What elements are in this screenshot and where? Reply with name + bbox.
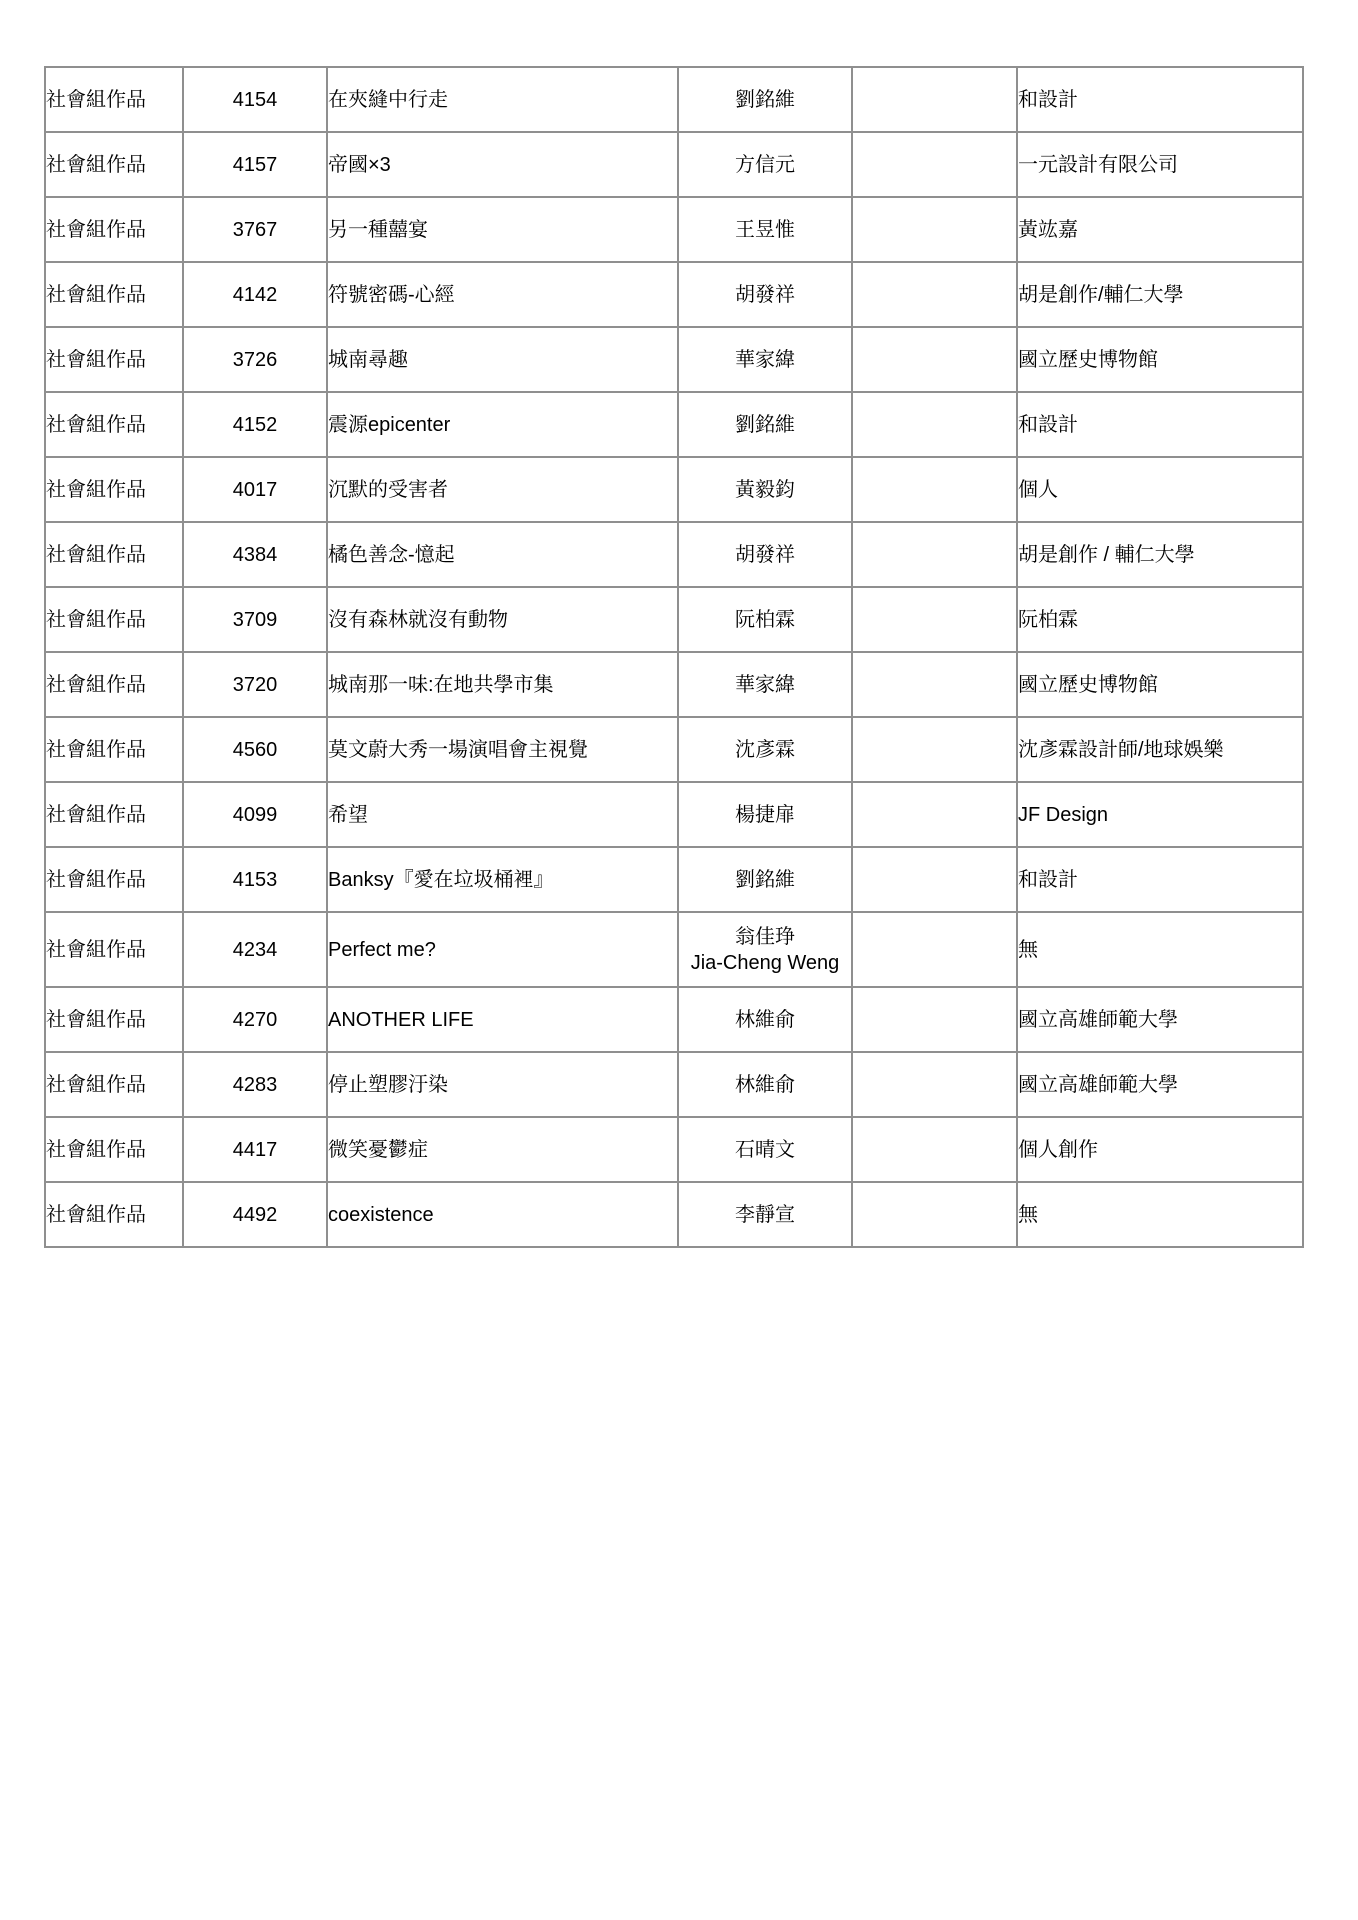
entry-id-cell: 4099 — [183, 782, 327, 847]
works-table-body: 社會組作品4154在夾縫中行走劉銘維和設計社會組作品4157帝國×3方信元一元設… — [45, 67, 1303, 1247]
title-cell: 微笑憂鬱症 — [327, 1117, 678, 1182]
entry-id-cell: 4234 — [183, 912, 327, 987]
empty-note-cell — [852, 197, 1017, 262]
organization-cell: 無 — [1017, 912, 1303, 987]
table-row: 社會組作品4234Perfect me?翁佳琤Jia-Cheng Weng無 — [45, 912, 1303, 987]
table-row: 社會組作品3726城南尋趣華家緯國立歷史博物館 — [45, 327, 1303, 392]
author-cell: 翁佳琤Jia-Cheng Weng — [678, 912, 852, 987]
organization-cell: 沈彥霖設計師/地球娛樂 — [1017, 717, 1303, 782]
empty-note-cell — [852, 392, 1017, 457]
table-row: 社會組作品3720城南那一味:在地共學市集華家緯國立歷史博物館 — [45, 652, 1303, 717]
category-cell: 社會組作品 — [45, 987, 183, 1052]
title-cell: coexistence — [327, 1182, 678, 1247]
author-cell: 華家緯 — [678, 652, 852, 717]
entry-id-cell: 4492 — [183, 1182, 327, 1247]
organization-cell: 黃竑嘉 — [1017, 197, 1303, 262]
table-row: 社會組作品4099希望楊捷扉JF Design — [45, 782, 1303, 847]
entry-id-cell: 4283 — [183, 1052, 327, 1117]
entry-id-cell: 3767 — [183, 197, 327, 262]
entry-id-cell: 4153 — [183, 847, 327, 912]
document-page: 社會組作品4154在夾縫中行走劉銘維和設計社會組作品4157帝國×3方信元一元設… — [0, 0, 1358, 1920]
table-row: 社會組作品4270ANOTHER LIFE林維俞國立高雄師範大學 — [45, 987, 1303, 1052]
author-cell: 林維俞 — [678, 987, 852, 1052]
category-cell: 社會組作品 — [45, 132, 183, 197]
entry-id-cell: 3720 — [183, 652, 327, 717]
author-cell: 方信元 — [678, 132, 852, 197]
table-row: 社會組作品4283停止塑膠汙染林維俞國立高雄師範大學 — [45, 1052, 1303, 1117]
title-cell: 橘色善念-憶起 — [327, 522, 678, 587]
category-cell: 社會組作品 — [45, 717, 183, 782]
category-cell: 社會組作品 — [45, 1182, 183, 1247]
empty-note-cell — [852, 912, 1017, 987]
empty-note-cell — [852, 457, 1017, 522]
title-cell: 城南尋趣 — [327, 327, 678, 392]
entry-id-cell: 4142 — [183, 262, 327, 327]
entry-id-cell: 4384 — [183, 522, 327, 587]
empty-note-cell — [852, 327, 1017, 392]
organization-cell: 國立高雄師範大學 — [1017, 1052, 1303, 1117]
title-cell: 希望 — [327, 782, 678, 847]
title-cell: 在夾縫中行走 — [327, 67, 678, 132]
title-cell: 帝國×3 — [327, 132, 678, 197]
category-cell: 社會組作品 — [45, 522, 183, 587]
author-cell: 胡發祥 — [678, 262, 852, 327]
entry-id-cell: 4017 — [183, 457, 327, 522]
category-cell: 社會組作品 — [45, 392, 183, 457]
entry-id-cell: 4417 — [183, 1117, 327, 1182]
table-row: 社會組作品4492coexistence李靜宣無 — [45, 1182, 1303, 1247]
entry-id-cell: 4560 — [183, 717, 327, 782]
title-cell: 震源epicenter — [327, 392, 678, 457]
empty-note-cell — [852, 132, 1017, 197]
entry-id-cell: 4152 — [183, 392, 327, 457]
table-row: 社會組作品4560莫文蔚大秀一場演唱會主視覺沈彥霖沈彥霖設計師/地球娛樂 — [45, 717, 1303, 782]
organization-cell: 胡是創作 / 輔仁大學 — [1017, 522, 1303, 587]
table-row: 社會組作品4417微笑憂鬱症石晴文個人創作 — [45, 1117, 1303, 1182]
organization-cell: 和設計 — [1017, 847, 1303, 912]
title-cell: ANOTHER LIFE — [327, 987, 678, 1052]
category-cell: 社會組作品 — [45, 587, 183, 652]
empty-note-cell — [852, 1182, 1017, 1247]
title-cell: 城南那一味:在地共學市集 — [327, 652, 678, 717]
author-cell: 劉銘維 — [678, 847, 852, 912]
organization-cell: JF Design — [1017, 782, 1303, 847]
empty-note-cell — [852, 987, 1017, 1052]
table-row: 社會組作品4154在夾縫中行走劉銘維和設計 — [45, 67, 1303, 132]
empty-note-cell — [852, 67, 1017, 132]
title-cell: 符號密碼-心經 — [327, 262, 678, 327]
table-row: 社會組作品4152震源epicenter劉銘維和設計 — [45, 392, 1303, 457]
author-cell: 黃毅鈞 — [678, 457, 852, 522]
category-cell: 社會組作品 — [45, 67, 183, 132]
title-cell: 另一種囍宴 — [327, 197, 678, 262]
organization-cell: 國立歷史博物館 — [1017, 327, 1303, 392]
works-table: 社會組作品4154在夾縫中行走劉銘維和設計社會組作品4157帝國×3方信元一元設… — [44, 66, 1304, 1248]
empty-note-cell — [852, 782, 1017, 847]
organization-cell: 國立高雄師範大學 — [1017, 987, 1303, 1052]
empty-note-cell — [852, 1117, 1017, 1182]
category-cell: 社會組作品 — [45, 652, 183, 717]
empty-note-cell — [852, 652, 1017, 717]
empty-note-cell — [852, 847, 1017, 912]
table-row: 社會組作品4157帝國×3方信元一元設計有限公司 — [45, 132, 1303, 197]
table-row: 社會組作品4142符號密碼-心經胡發祥胡是創作/輔仁大學 — [45, 262, 1303, 327]
category-cell: 社會組作品 — [45, 847, 183, 912]
entry-id-cell: 3726 — [183, 327, 327, 392]
category-cell: 社會組作品 — [45, 197, 183, 262]
empty-note-cell — [852, 1052, 1017, 1117]
author-cell: 胡發祥 — [678, 522, 852, 587]
organization-cell: 個人 — [1017, 457, 1303, 522]
table-row: 社會組作品4153Banksy『愛在垃圾桶裡』劉銘維和設計 — [45, 847, 1303, 912]
organization-cell: 國立歷史博物館 — [1017, 652, 1303, 717]
empty-note-cell — [852, 522, 1017, 587]
table-row: 社會組作品3709沒有森林就沒有動物阮柏霖阮柏霖 — [45, 587, 1303, 652]
author-name-zh: 翁佳琤 — [679, 924, 851, 950]
author-cell: 王昱惟 — [678, 197, 852, 262]
category-cell: 社會組作品 — [45, 1117, 183, 1182]
organization-cell: 一元設計有限公司 — [1017, 132, 1303, 197]
author-cell: 楊捷扉 — [678, 782, 852, 847]
author-name-en: Jia-Cheng Weng — [679, 950, 851, 976]
author-cell: 劉銘維 — [678, 392, 852, 457]
empty-note-cell — [852, 587, 1017, 652]
author-cell: 石晴文 — [678, 1117, 852, 1182]
organization-cell: 無 — [1017, 1182, 1303, 1247]
author-cell: 林維俞 — [678, 1052, 852, 1117]
category-cell: 社會組作品 — [45, 457, 183, 522]
author-cell: 李靜宣 — [678, 1182, 852, 1247]
entry-id-cell: 4154 — [183, 67, 327, 132]
table-row: 社會組作品3767另一種囍宴王昱惟黃竑嘉 — [45, 197, 1303, 262]
author-cell: 華家緯 — [678, 327, 852, 392]
author-cell: 阮柏霖 — [678, 587, 852, 652]
entry-id-cell: 4157 — [183, 132, 327, 197]
organization-cell: 胡是創作/輔仁大學 — [1017, 262, 1303, 327]
title-cell: Banksy『愛在垃圾桶裡』 — [327, 847, 678, 912]
category-cell: 社會組作品 — [45, 912, 183, 987]
title-cell: 莫文蔚大秀一場演唱會主視覺 — [327, 717, 678, 782]
entry-id-cell: 3709 — [183, 587, 327, 652]
title-cell: 沒有森林就沒有動物 — [327, 587, 678, 652]
category-cell: 社會組作品 — [45, 1052, 183, 1117]
category-cell: 社會組作品 — [45, 782, 183, 847]
organization-cell: 阮柏霖 — [1017, 587, 1303, 652]
empty-note-cell — [852, 262, 1017, 327]
title-cell: 停止塑膠汙染 — [327, 1052, 678, 1117]
table-row: 社會組作品4017沉默的受害者黃毅鈞個人 — [45, 457, 1303, 522]
author-cell: 劉銘維 — [678, 67, 852, 132]
category-cell: 社會組作品 — [45, 262, 183, 327]
organization-cell: 個人創作 — [1017, 1117, 1303, 1182]
title-cell: 沉默的受害者 — [327, 457, 678, 522]
organization-cell: 和設計 — [1017, 392, 1303, 457]
entry-id-cell: 4270 — [183, 987, 327, 1052]
empty-note-cell — [852, 717, 1017, 782]
organization-cell: 和設計 — [1017, 67, 1303, 132]
title-cell: Perfect me? — [327, 912, 678, 987]
category-cell: 社會組作品 — [45, 327, 183, 392]
table-row: 社會組作品4384橘色善念-憶起胡發祥胡是創作 / 輔仁大學 — [45, 522, 1303, 587]
author-cell: 沈彥霖 — [678, 717, 852, 782]
